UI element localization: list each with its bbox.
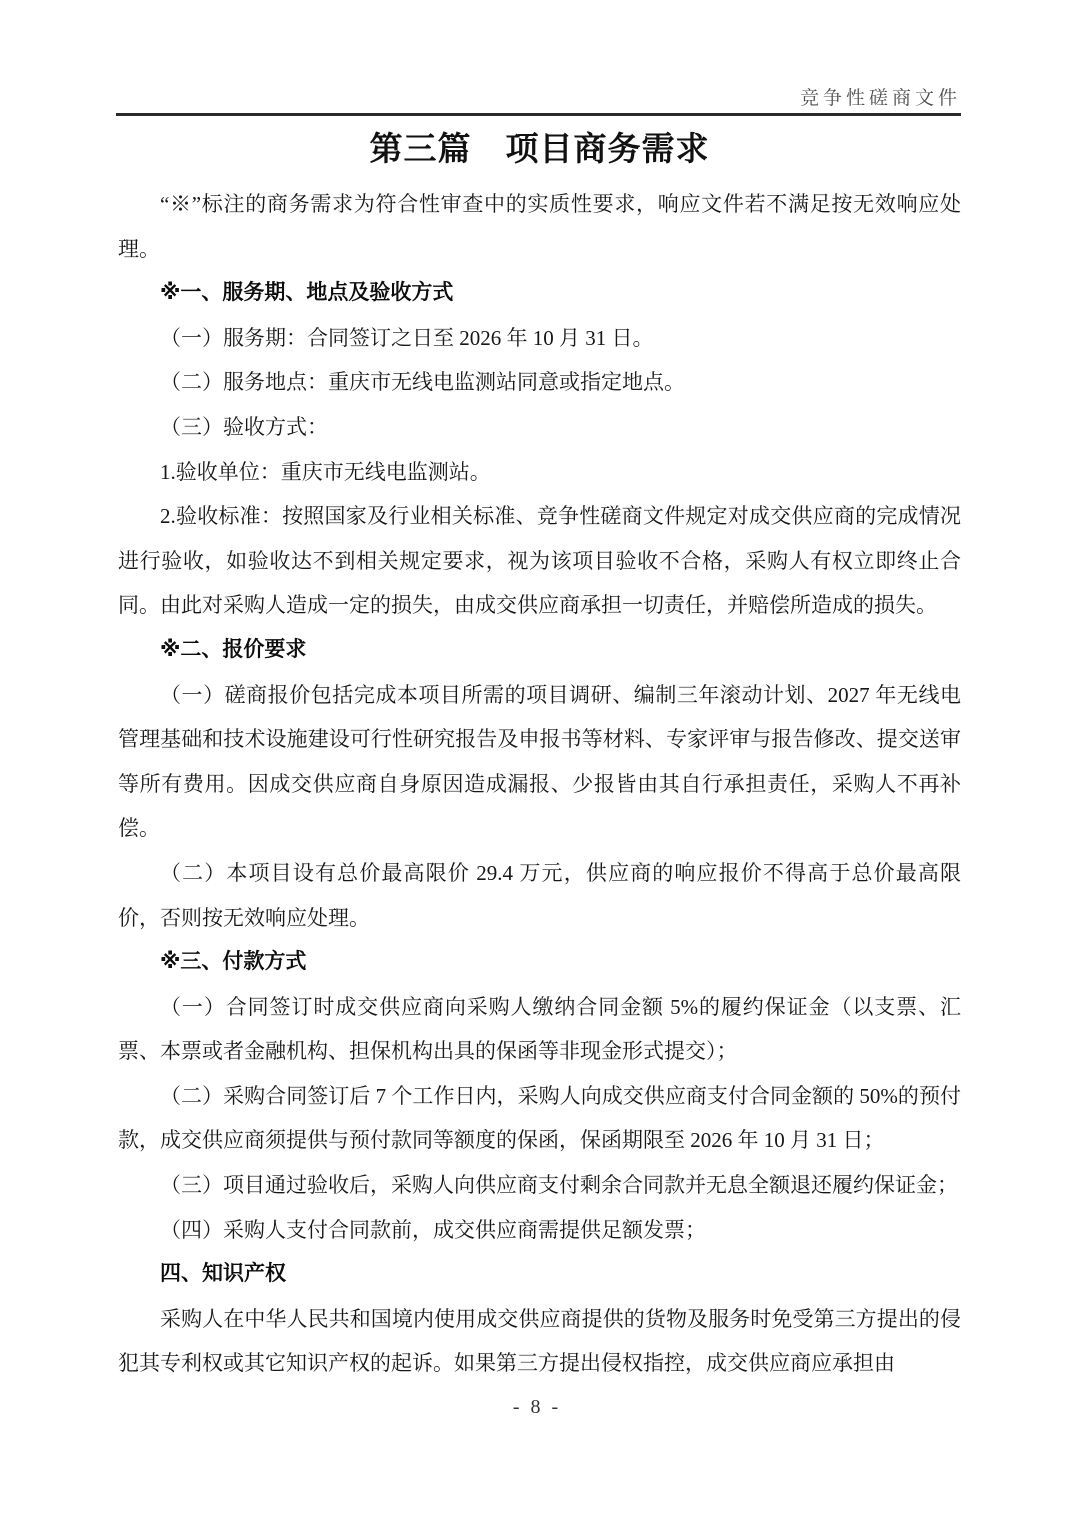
header-doc-type-label: 竞争性磋商文件 bbox=[800, 83, 961, 110]
section-heading-payment: ※三、付款方式 bbox=[118, 940, 961, 985]
page-number: - 8 - bbox=[0, 1396, 1074, 1419]
document-body: 第三篇 项目商务需求 “※”标注的商务需求为符合性审查中的实质性要求，响应文件若… bbox=[118, 122, 961, 1386]
header-rule bbox=[116, 113, 961, 116]
paragraph-payment-balance: （三）项目通过验收后，采购人向供应商支付剩余合同款并无息全额退还履约保证金； bbox=[118, 1163, 961, 1208]
section-heading-quotation: ※二、报价要求 bbox=[118, 628, 961, 673]
section-heading-ip: 四、知识产权 bbox=[118, 1252, 961, 1297]
paragraph-payment-prepay: （二）采购合同签订后 7 个工作日内，采购人向成交供应商支付合同金额的 50%的… bbox=[118, 1074, 961, 1163]
paragraph-quotation-scope: （一）磋商报价包括完成本项目所需的项目调研、编制三年滚动计划、2027 年无线电… bbox=[118, 673, 961, 851]
paragraph-payment-guarantee: （一）合同签订时成交供应商向采购人缴纳合同金额 5%的履约保证金（以支票、汇票、… bbox=[118, 985, 961, 1074]
paragraph-acceptance-standard: 2.验收标准：按照国家及行业相关标准、竞争性磋商文件规定对成交供应商的完成情况进… bbox=[118, 494, 961, 628]
paragraph-acceptance-method: （三）验收方式： bbox=[118, 405, 961, 450]
paragraph-payment-invoice: （四）采购人支付合同款前，成交供应商需提供足额发票； bbox=[118, 1208, 961, 1253]
paragraph-service-location: （二）服务地点：重庆市无线电监测站同意或指定地点。 bbox=[118, 360, 961, 405]
paragraph-service-period: （一）服务期：合同签订之日至 2026 年 10 月 31 日。 bbox=[118, 316, 961, 361]
paragraph-acceptance-unit: 1.验收单位：重庆市无线电监测站。 bbox=[118, 450, 961, 495]
page-title: 第三篇 项目商务需求 bbox=[118, 122, 961, 178]
section-heading-service: ※一、服务期、地点及验收方式 bbox=[118, 271, 961, 316]
paragraph-ip-clause: 采购人在中华人民共和国境内使用成交供应商提供的货物及服务时免受第三方提出的侵犯其… bbox=[118, 1297, 961, 1386]
document-page: 竞争性磋商文件 第三篇 项目商务需求 “※”标注的商务需求为符合性审查中的实质性… bbox=[0, 0, 1074, 1520]
paragraph-intro: “※”标注的商务需求为符合性审查中的实质性要求，响应文件若不满足按无效响应处理。 bbox=[118, 182, 961, 271]
paragraph-price-cap: （二）本项目设有总价最高限价 29.4 万元，供应商的响应报价不得高于总价最高限… bbox=[118, 851, 961, 940]
